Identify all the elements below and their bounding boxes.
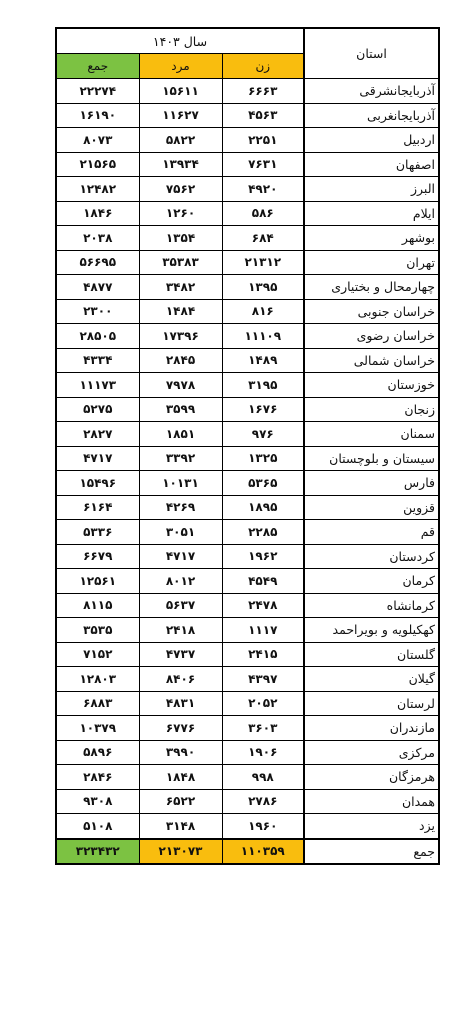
total-cell: ۵۱۰۸ (56, 814, 139, 839)
table-row: ۵۱۰۸۳۱۴۸۱۹۶۰یزد (56, 814, 439, 839)
table-row: ۵۳۳۶۳۰۵۱۲۲۸۵قم (56, 520, 439, 545)
total-cell: ۱۰۳۷۹ (56, 716, 139, 741)
male-cell: ۴۸۳۱ (139, 691, 222, 716)
province-cell: فارس (304, 471, 439, 496)
table-row: ۴۷۱۷۳۳۹۲۱۳۲۵سیستان و بلوچستان (56, 446, 439, 471)
male-cell: ۶۷۷۶ (139, 716, 222, 741)
province-cell: ایلام (304, 201, 439, 226)
male-cell: ۱۴۸۴ (139, 299, 222, 324)
table-row: ۱۲۴۸۲۷۵۶۲۴۹۲۰البرز (56, 177, 439, 202)
total-cell: ۲۸۲۷ (56, 422, 139, 447)
grand-total-cell: ۳۲۳۴۳۲ (56, 839, 139, 865)
male-cell: ۳۵۹۹ (139, 397, 222, 422)
female-cell: ۳۱۹۵ (222, 373, 304, 398)
female-cell: ۴۹۲۰ (222, 177, 304, 202)
province-cell: سیستان و بلوچستان (304, 446, 439, 471)
province-cell: همدان (304, 789, 439, 814)
male-cell: ۳۳۹۲ (139, 446, 222, 471)
province-cell: خراسان رضوی (304, 324, 439, 349)
female-cell: ۲۷۸۶ (222, 789, 304, 814)
province-cell: قزوین (304, 495, 439, 520)
female-cell: ۱۹۶۲ (222, 544, 304, 569)
province-cell: خوزستان (304, 373, 439, 398)
province-cell: اردبیل (304, 128, 439, 153)
table-row: ۵۸۹۶۳۹۹۰۱۹۰۶مرکزی (56, 740, 439, 765)
table-row: ۶۸۸۳۴۸۳۱۲۰۵۲لرستان (56, 691, 439, 716)
table-row: ۶۶۷۹۴۷۱۷۱۹۶۲کردستان (56, 544, 439, 569)
female-cell: ۸۱۶ (222, 299, 304, 324)
table-row: ۴۸۷۷۳۴۸۲۱۳۹۵چهارمحال و بختیاری (56, 275, 439, 300)
table-row: ۱۶۱۹۰۱۱۶۲۷۴۵۶۳آذربایجانغربی (56, 103, 439, 128)
male-cell: ۲۸۴۵ (139, 348, 222, 373)
province-cell: کرمانشاه (304, 593, 439, 618)
female-cell: ۴۵۴۹ (222, 569, 304, 594)
table-row: ۲۱۵۶۵۱۳۹۳۴۷۶۳۱اصفهان (56, 152, 439, 177)
male-cell: ۱۸۴۸ (139, 765, 222, 790)
male-cell: ۳۵۳۸۳ (139, 250, 222, 275)
female-cell: ۹۷۶ (222, 422, 304, 447)
table-row: ۷۱۵۲۴۷۳۷۲۴۱۵گلستان (56, 642, 439, 667)
table-row: ۳۵۳۵۲۴۱۸۱۱۱۷کهکیلویه و بویراحمد (56, 618, 439, 643)
female-cell: ۲۲۵۱ (222, 128, 304, 153)
table-row: ۲۳۰۰۱۴۸۴۸۱۶خراسان جنوبی (56, 299, 439, 324)
table-row: ۱۵۴۹۶۱۰۱۳۱۵۳۶۵فارس (56, 471, 439, 496)
male-cell: ۱۰۱۳۱ (139, 471, 222, 496)
province-cell: هرمزگان (304, 765, 439, 790)
female-cell: ۱۹۰۶ (222, 740, 304, 765)
total-cell: ۵۸۹۶ (56, 740, 139, 765)
province-cell: لرستان (304, 691, 439, 716)
female-column-header: زن (222, 54, 304, 79)
male-cell: ۷۵۶۲ (139, 177, 222, 202)
female-cell: ۷۶۳۱ (222, 152, 304, 177)
female-cell: ۵۳۶۵ (222, 471, 304, 496)
total-cell: ۲۰۳۸ (56, 226, 139, 251)
province-cell: کهکیلویه و بویراحمد (304, 618, 439, 643)
province-cell: اصفهان (304, 152, 439, 177)
table-row: ۶۱۶۴۴۲۶۹۱۸۹۵قزوین (56, 495, 439, 520)
male-cell: ۱۸۵۱ (139, 422, 222, 447)
total-cell: ۲۸۵۰۵ (56, 324, 139, 349)
female-cell: ۱۳۹۵ (222, 275, 304, 300)
female-total-cell: ۱۱۰۳۵۹ (222, 839, 304, 865)
male-cell: ۴۲۶۹ (139, 495, 222, 520)
table-row: ۹۳۰۸۶۵۲۲۲۷۸۶همدان (56, 789, 439, 814)
female-cell: ۱۱۱۰۹ (222, 324, 304, 349)
province-cell: مازندران (304, 716, 439, 741)
male-cell: ۵۶۳۷ (139, 593, 222, 618)
total-cell: ۵۳۳۶ (56, 520, 139, 545)
total-cell: ۱۲۴۸۲ (56, 177, 139, 202)
total-cell: ۸۰۷۳ (56, 128, 139, 153)
totals-row: ۳۲۳۴۳۲۲۱۳۰۷۳۱۱۰۳۵۹جمع (56, 839, 439, 865)
table-row: ۴۳۳۴۲۸۴۵۱۴۸۹خراسان شمالی (56, 348, 439, 373)
year-header-row: سال ۱۴۰۳ استان (56, 28, 439, 54)
province-gender-table: سال ۱۴۰۳ استان جمع مرد زن ۲۲۲۷۴۱۵۶۱۱۶۶۶۳… (55, 27, 440, 865)
female-cell: ۱۶۷۶ (222, 397, 304, 422)
total-cell: ۱۵۴۹۶ (56, 471, 139, 496)
male-cell: ۳۱۴۸ (139, 814, 222, 839)
total-cell: ۲۱۵۶۵ (56, 152, 139, 177)
table-row: ۱۱۱۷۳۷۹۷۸۳۱۹۵خوزستان (56, 373, 439, 398)
province-cell: البرز (304, 177, 439, 202)
female-cell: ۲۴۷۸ (222, 593, 304, 618)
male-cell: ۱۱۶۲۷ (139, 103, 222, 128)
total-cell: ۱۸۴۶ (56, 201, 139, 226)
table-row: ۱۰۳۷۹۶۷۷۶۳۶۰۳مازندران (56, 716, 439, 741)
table-row: ۸۰۷۳۵۸۲۲۲۲۵۱اردبیل (56, 128, 439, 153)
male-cell: ۴۷۱۷ (139, 544, 222, 569)
table-row: ۲۸۵۰۵۱۷۳۹۶۱۱۱۰۹خراسان رضوی (56, 324, 439, 349)
male-cell: ۱۳۹۳۴ (139, 152, 222, 177)
total-cell: ۹۳۰۸ (56, 789, 139, 814)
table-row: ۸۱۱۵۵۶۳۷۲۴۷۸کرمانشاه (56, 593, 439, 618)
total-cell: ۳۵۳۵ (56, 618, 139, 643)
province-header: استان (304, 28, 439, 79)
province-cell: بوشهر (304, 226, 439, 251)
total-cell: ۵۲۷۵ (56, 397, 139, 422)
total-cell: ۴۸۷۷ (56, 275, 139, 300)
male-cell: ۸۰۱۲ (139, 569, 222, 594)
female-cell: ۳۶۰۳ (222, 716, 304, 741)
male-cell: ۳۰۵۱ (139, 520, 222, 545)
male-cell: ۳۹۹۰ (139, 740, 222, 765)
male-cell: ۴۷۳۷ (139, 642, 222, 667)
male-total-cell: ۲۱۳۰۷۳ (139, 839, 222, 865)
female-cell: ۱۱۱۷ (222, 618, 304, 643)
female-cell: ۲۴۱۵ (222, 642, 304, 667)
female-cell: ۴۳۹۷ (222, 667, 304, 692)
female-cell: ۴۵۶۳ (222, 103, 304, 128)
table-row: ۲۰۳۸۱۳۵۴۶۸۴بوشهر (56, 226, 439, 251)
total-cell: ۵۶۶۹۵ (56, 250, 139, 275)
male-cell: ۱۳۵۴ (139, 226, 222, 251)
total-cell: ۴۳۳۴ (56, 348, 139, 373)
totals-label: جمع (304, 839, 439, 865)
female-cell: ۱۴۸۹ (222, 348, 304, 373)
male-column-header: مرد (139, 54, 222, 79)
table-row: ۲۸۴۶۱۸۴۸۹۹۸هرمزگان (56, 765, 439, 790)
male-cell: ۸۴۰۶ (139, 667, 222, 692)
female-cell: ۶۸۴ (222, 226, 304, 251)
province-cell: خراسان جنوبی (304, 299, 439, 324)
male-cell: ۵۸۲۲ (139, 128, 222, 153)
province-cell: کردستان (304, 544, 439, 569)
province-cell: چهارمحال و بختیاری (304, 275, 439, 300)
table-body: ۲۲۲۷۴۱۵۶۱۱۶۶۶۳آذربایجانشرقی۱۶۱۹۰۱۱۶۲۷۴۵۶… (56, 79, 439, 865)
male-cell: ۱۲۶۰ (139, 201, 222, 226)
female-cell: ۲۰۵۲ (222, 691, 304, 716)
male-cell: ۶۵۲۲ (139, 789, 222, 814)
female-cell: ۹۹۸ (222, 765, 304, 790)
total-cell: ۱۲۸۰۳ (56, 667, 139, 692)
year-header: سال ۱۴۰۳ (56, 28, 304, 54)
female-cell: ۱۳۲۵ (222, 446, 304, 471)
total-cell: ۶۱۶۴ (56, 495, 139, 520)
total-cell: ۶۶۷۹ (56, 544, 139, 569)
male-cell: ۱۵۶۱۱ (139, 79, 222, 104)
province-cell: خراسان شمالی (304, 348, 439, 373)
province-cell: گلستان (304, 642, 439, 667)
total-cell: ۷۱۵۲ (56, 642, 139, 667)
male-cell: ۲۴۱۸ (139, 618, 222, 643)
female-cell: ۱۹۶۰ (222, 814, 304, 839)
total-cell: ۲۲۲۷۴ (56, 79, 139, 104)
female-cell: ۵۸۶ (222, 201, 304, 226)
male-cell: ۳۴۸۲ (139, 275, 222, 300)
province-cell: آذربایجانشرقی (304, 79, 439, 104)
province-cell: مرکزی (304, 740, 439, 765)
table-row: ۱۲۸۰۳۸۴۰۶۴۳۹۷گیلان (56, 667, 439, 692)
total-cell: ۱۶۱۹۰ (56, 103, 139, 128)
province-cell: زنجان (304, 397, 439, 422)
female-cell: ۶۶۶۳ (222, 79, 304, 104)
table-row: ۵۶۶۹۵۳۵۳۸۳۲۱۳۱۲تهران (56, 250, 439, 275)
total-column-header: جمع (56, 54, 139, 79)
total-cell: ۲۳۰۰ (56, 299, 139, 324)
male-cell: ۷۹۷۸ (139, 373, 222, 398)
table-row: ۵۲۷۵۳۵۹۹۱۶۷۶زنجان (56, 397, 439, 422)
male-cell: ۱۷۳۹۶ (139, 324, 222, 349)
table-row: ۲۲۲۷۴۱۵۶۱۱۶۶۶۳آذربایجانشرقی (56, 79, 439, 104)
female-cell: ۱۸۹۵ (222, 495, 304, 520)
table-row: ۱۲۵۶۱۸۰۱۲۴۵۴۹کرمان (56, 569, 439, 594)
total-cell: ۴۷۱۷ (56, 446, 139, 471)
total-cell: ۲۸۴۶ (56, 765, 139, 790)
female-cell: ۲۱۳۱۲ (222, 250, 304, 275)
province-cell: آذربایجانغربی (304, 103, 439, 128)
province-cell: یزد (304, 814, 439, 839)
province-cell: سمنان (304, 422, 439, 447)
table-row: ۲۸۲۷۱۸۵۱۹۷۶سمنان (56, 422, 439, 447)
female-cell: ۲۲۸۵ (222, 520, 304, 545)
province-cell: تهران (304, 250, 439, 275)
province-cell: کرمان (304, 569, 439, 594)
total-cell: ۸۱۱۵ (56, 593, 139, 618)
province-cell: گیلان (304, 667, 439, 692)
total-cell: ۱۱۱۷۳ (56, 373, 139, 398)
statistics-table-container: سال ۱۴۰۳ استان جمع مرد زن ۲۲۲۷۴۱۵۶۱۱۶۶۶۳… (55, 27, 438, 865)
province-cell: قم (304, 520, 439, 545)
table-row: ۱۸۴۶۱۲۶۰۵۸۶ایلام (56, 201, 439, 226)
total-cell: ۶۸۸۳ (56, 691, 139, 716)
total-cell: ۱۲۵۶۱ (56, 569, 139, 594)
